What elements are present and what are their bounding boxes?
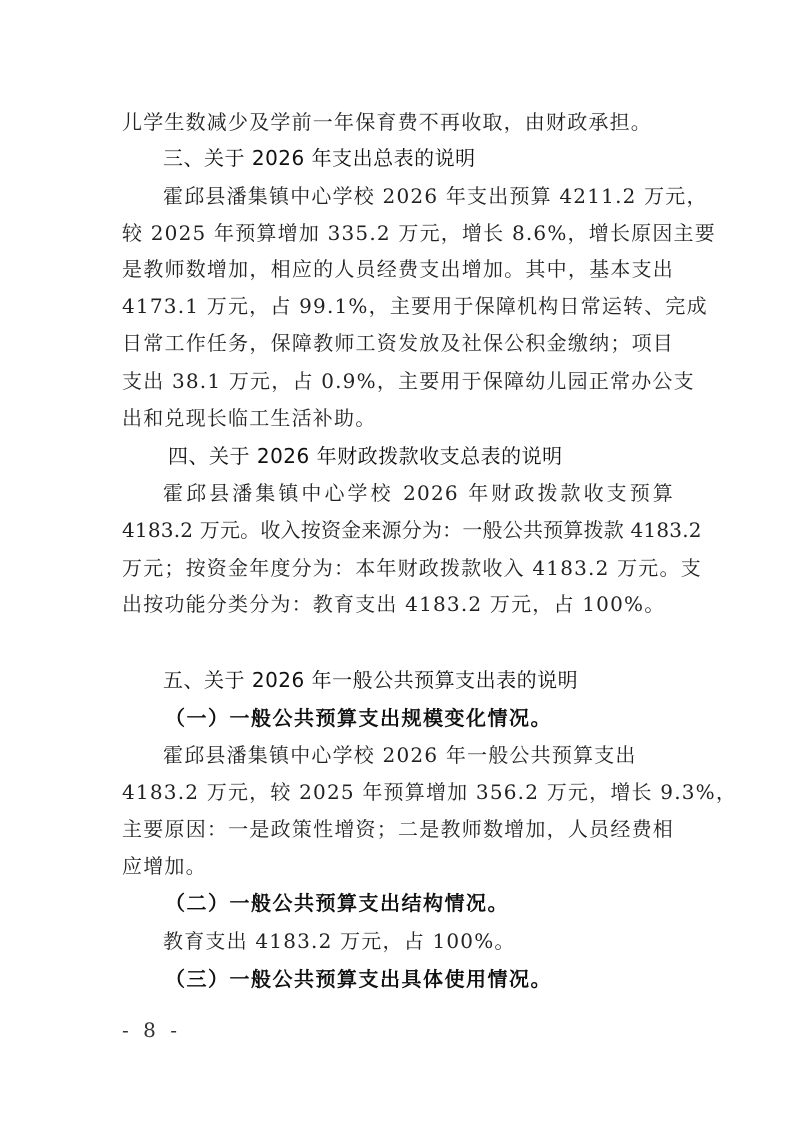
paragraph-line: 出按功能分类分为：教育支出 4183.2 万元，占 100%。 [122, 592, 674, 616]
paragraph-line: 较 2025 年预算增加 335.2 万元，增长 8.6%，增长原因主要 [122, 221, 674, 245]
section-heading-3: 三、关于 2026 年支出总表的说明 [163, 146, 674, 170]
subheading-1: （一）一般公共预算支出规模变化情况。 [165, 706, 676, 730]
paragraph-line: 儿学生数减少及学前一年保育费不再收取，由财政承担。 [122, 110, 674, 134]
paragraph-line: 4183.2 万元，较 2025 年预算增加 356.2 万元，增长 9.3%， [122, 780, 674, 804]
paragraph-line: 主要原因：一是政策性增资；二是教师数增加，人员经费相 [122, 817, 674, 841]
subheading-2: （二）一般公共预算支出结构情况。 [165, 891, 676, 915]
paragraph-line: 霍邱县潘集镇中心学校 2026 年一般公共预算支出 [163, 743, 674, 767]
paragraph-line: 支出 38.1 万元，占 0.9%，主要用于保障幼儿园正常办公支 [122, 369, 674, 393]
paragraph-line: 是教师数增加，相应的人员经费支出增加。其中，基本支出 [122, 257, 674, 281]
paragraph-line: 4173.1 万元，占 99.1%，主要用于保障机构日常运转、完成 [122, 294, 674, 318]
section-heading-5: 五、关于 2026 年一般公共预算支出表的说明 [163, 668, 674, 692]
paragraph-line: 万元；按资金年度分为：本年财政拨款收入 4183.2 万元。支 [122, 556, 674, 580]
paragraph-line: 4183.2 万元。收入按资金来源分为：一般公共预算拨款 4183.2 [122, 518, 674, 542]
paragraph-line: 应增加。 [122, 854, 674, 878]
paragraph-line: 霍邱县潘集镇中心学校 2026 年支出预算 4211.2 万元， [163, 184, 674, 208]
paragraph-line: 日常工作任务，保障教师工资发放及社保公积金缴纳；项目 [122, 331, 674, 355]
section-heading-4: 四、关于 2026 年财政拨款收支总表的说明 [168, 444, 679, 468]
subheading-3: （三）一般公共预算支出具体使用情况。 [165, 967, 676, 991]
paragraph-line: 教育支出 4183.2 万元，占 100%。 [163, 929, 674, 953]
paragraph-line: 出和兑现长临工生活补助。 [122, 406, 674, 430]
page-number: - 8 - [122, 1018, 181, 1042]
paragraph-line: 霍邱县潘集镇中心学校 2026 年财政拨款收支预算 [163, 481, 674, 505]
